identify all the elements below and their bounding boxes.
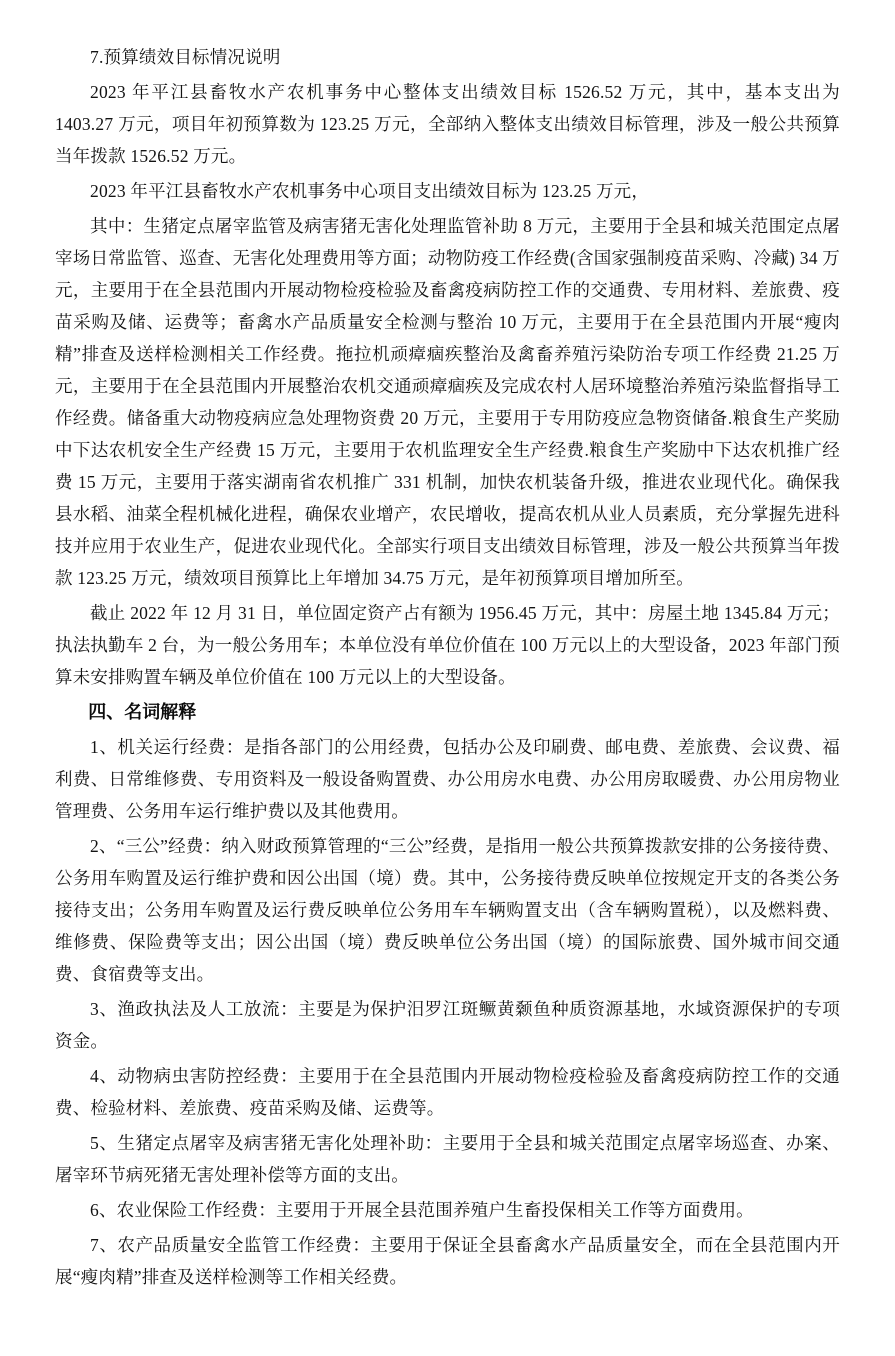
glossary-term-three-public-expenses: 2、“三公”经费：纳入财政预算管理的“三公”经费，是指用一般公共预算拨款安排的公…: [55, 830, 840, 990]
paragraph-project-breakdown: 其中：生猪定点屠宰监管及病害猪无害化处理监管补助 8 万元，主要用于全县和城关范…: [55, 210, 840, 594]
glossary-term-agricultural-insurance: 6、农业保险工作经费：主要用于开展全县范围养殖户生畜投保相关工作等方面费用。: [55, 1194, 840, 1226]
performance-section-heading: 7.预算绩效目标情况说明: [55, 41, 840, 73]
paragraph-overall-expenditure-target: 2023 年平江县畜牧水产农机事务中心整体支出绩效目标 1526.52 万元，其…: [55, 76, 840, 172]
glossary-term-agency-operating-expenses: 1、机关运行经费：是指各部门的公用经费，包括办公及印刷费、邮电费、差旅费、会议费…: [55, 731, 840, 827]
glossary-section-heading: 四、名词解释: [55, 696, 840, 728]
document-page: 7.预算绩效目标情况说明 2023 年平江县畜牧水产农机事务中心整体支出绩效目标…: [0, 0, 895, 1356]
paragraph-fixed-assets: 截止 2022 年 12 月 31 日，单位固定资产占有额为 1956.45 万…: [55, 597, 840, 693]
glossary-term-fishery-enforcement: 3、渔政执法及人工放流：主要是为保护汨罗江斑鳜黄颡鱼种质资源基地，水域资源保护的…: [55, 993, 840, 1057]
paragraph-project-expenditure-target: 2023 年平江县畜牧水产农机事务中心项目支出绩效目标为 123.25 万元，: [55, 175, 840, 207]
glossary-term-product-quality-supervision: 7、农产品质量安全监管工作经费：主要用于保证全县畜禽水产品质量安全，而在全县范围…: [55, 1229, 840, 1293]
glossary-term-slaughter-subsidy: 5、生猪定点屠宰及病害猪无害化处理补助：主要用于全县和城关范围定点屠宰场巡查、办…: [55, 1127, 840, 1191]
glossary-term-animal-disease-control: 4、动物病虫害防控经费：主要用于在全县范围内开展动物检疫检验及畜禽疫病防控工作的…: [55, 1060, 840, 1124]
